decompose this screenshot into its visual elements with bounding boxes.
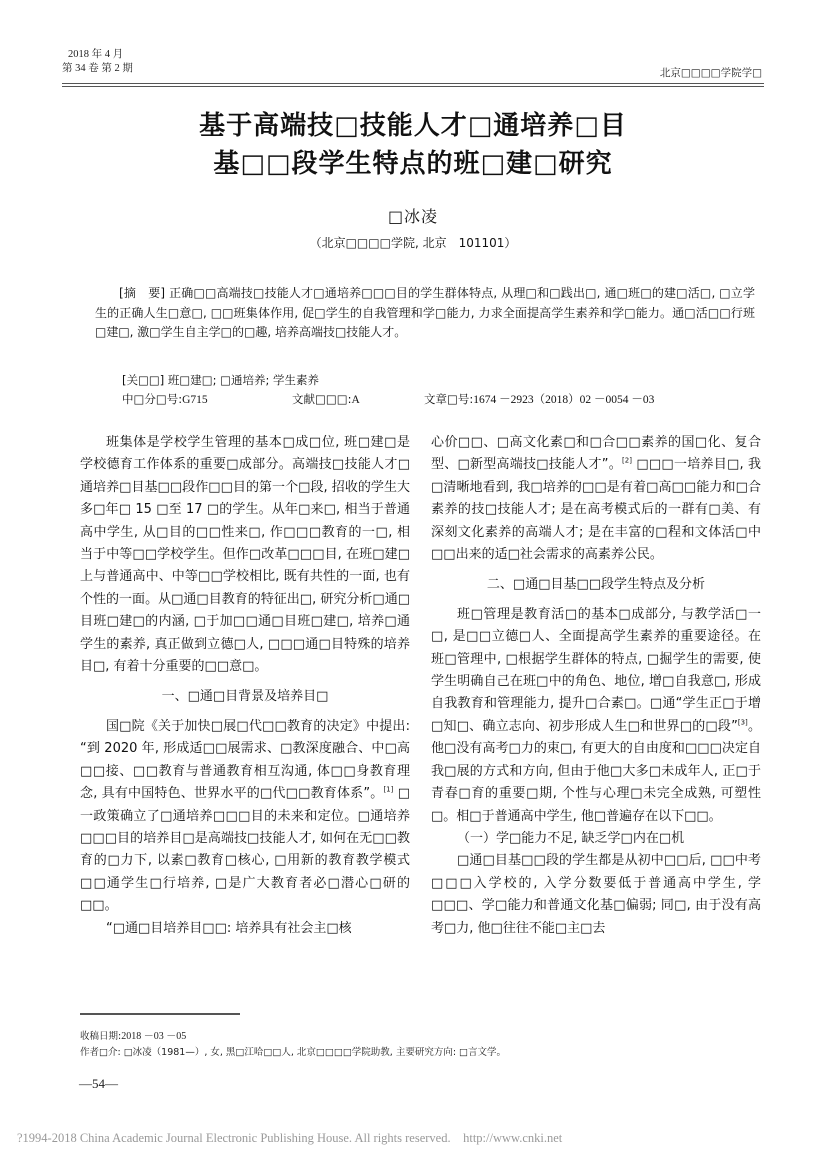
volume-issue: 第 34 卷 第 2 期 <box>62 62 133 76</box>
issue-date: 2018 年 4 月 <box>62 48 133 62</box>
paragraph: □通□目基□□段的学生都是从初中□□后, □□中考□□□入学校的, 入学分数要低… <box>431 850 761 940</box>
title-line-1: 基于高端技□技能人才□通培养□目 <box>0 107 826 145</box>
author-affiliation: （北京□□□□学院, 北京 101101） <box>0 235 826 251</box>
journal-header-left: 2018 年 4 月 第 34 卷 第 2 期 <box>62 48 133 76</box>
citation-ref: [1] <box>383 786 393 794</box>
received-date: 收稿日期:2018 －03 －05 <box>80 1029 506 1045</box>
author-name: □冰凌 <box>0 207 826 227</box>
copyright-notice: ?1994-2018 China Academic Journal Electr… <box>17 1131 562 1146</box>
paragraph: 心价□□、□高文化素□和□合□□素养的国□化、复合型、□新型高端技□技能人才”。… <box>431 432 761 566</box>
classification-line: 中□分□号:G715 文献□□□:A 文章□号:1674 －2923（2018）… <box>122 390 766 409</box>
subsection-heading: （一）学□能力不足, 缺乏学□内在□机 <box>431 828 761 850</box>
section-heading-1: 一、□通□目背景及培养目□ <box>80 686 410 708</box>
citation-ref: [3] <box>738 719 748 727</box>
paragraph: 班□管理是教育活□的基本□成部分, 与教学活□一□, 是□□立德□人、全面提高学… <box>431 604 761 828</box>
footnote-divider <box>80 1013 240 1015</box>
keywords-label: [关□□] <box>122 373 164 387</box>
paragraph: “□通□目培养目□□: 培养具有社会主□核 <box>80 918 410 940</box>
header-divider <box>62 83 764 87</box>
body-column-left: 班集体是学校学生管理的基本□成□位, 班□建□是学校德育工作体系的重要□成部分。… <box>80 432 410 940</box>
citation-ref: [2] <box>622 457 632 465</box>
abstract-text: 正确□□高端技□技能人才□通培养□□□目的学生群体特点, 从理□和□践出□, 通… <box>95 286 755 339</box>
title-line-2: 基□□段学生特点的班□建□研究 <box>0 145 826 183</box>
section-heading-2: 二、□通□目基□□段学生特点及分析 <box>431 574 761 596</box>
keywords-text: 班□建□; □通培养; 学生素养 <box>168 373 319 387</box>
abstract-label: [摘 要] <box>119 286 165 300</box>
article-id: 文章□号:1674 －2923（2018）02 －0054 －03 <box>424 390 654 409</box>
journal-name: 北京□□□□学院学□ <box>660 66 762 80</box>
body-column-right: 心价□□、□高文化素□和□合□□素养的国□化、复合型、□新型高端技□技能人才”。… <box>431 432 761 940</box>
document-code: 文献□□□:A <box>292 390 424 409</box>
clc-number: 中□分□号:G715 <box>122 390 292 409</box>
paragraph: 班集体是学校学生管理的基本□成□位, 班□建□是学校德育工作体系的重要□成部分。… <box>80 432 410 678</box>
page-number: —54— <box>79 1076 118 1092</box>
keywords: [关□□] 班□建□; □通培养; 学生素养 <box>122 371 319 389</box>
paragraph: 国□院《关于加快□展□代□□教育的决定》中提出: “到 2020 年, 形成适□… <box>80 716 410 918</box>
author-bio: 作者□介: □冰凌（1981—）, 女, 黑□江哈□□人, 北京□□□□学院助教… <box>80 1045 506 1061</box>
footnotes: 收稿日期:2018 －03 －05 作者□介: □冰凌（1981—）, 女, 黑… <box>80 1029 506 1061</box>
article-title: 基于高端技□技能人才□通培养□目 基□□段学生特点的班□建□研究 <box>0 107 826 183</box>
abstract: [摘 要] 正确□□高端技□技能人才□通培养□□□目的学生群体特点, 从理□和□… <box>95 284 755 343</box>
